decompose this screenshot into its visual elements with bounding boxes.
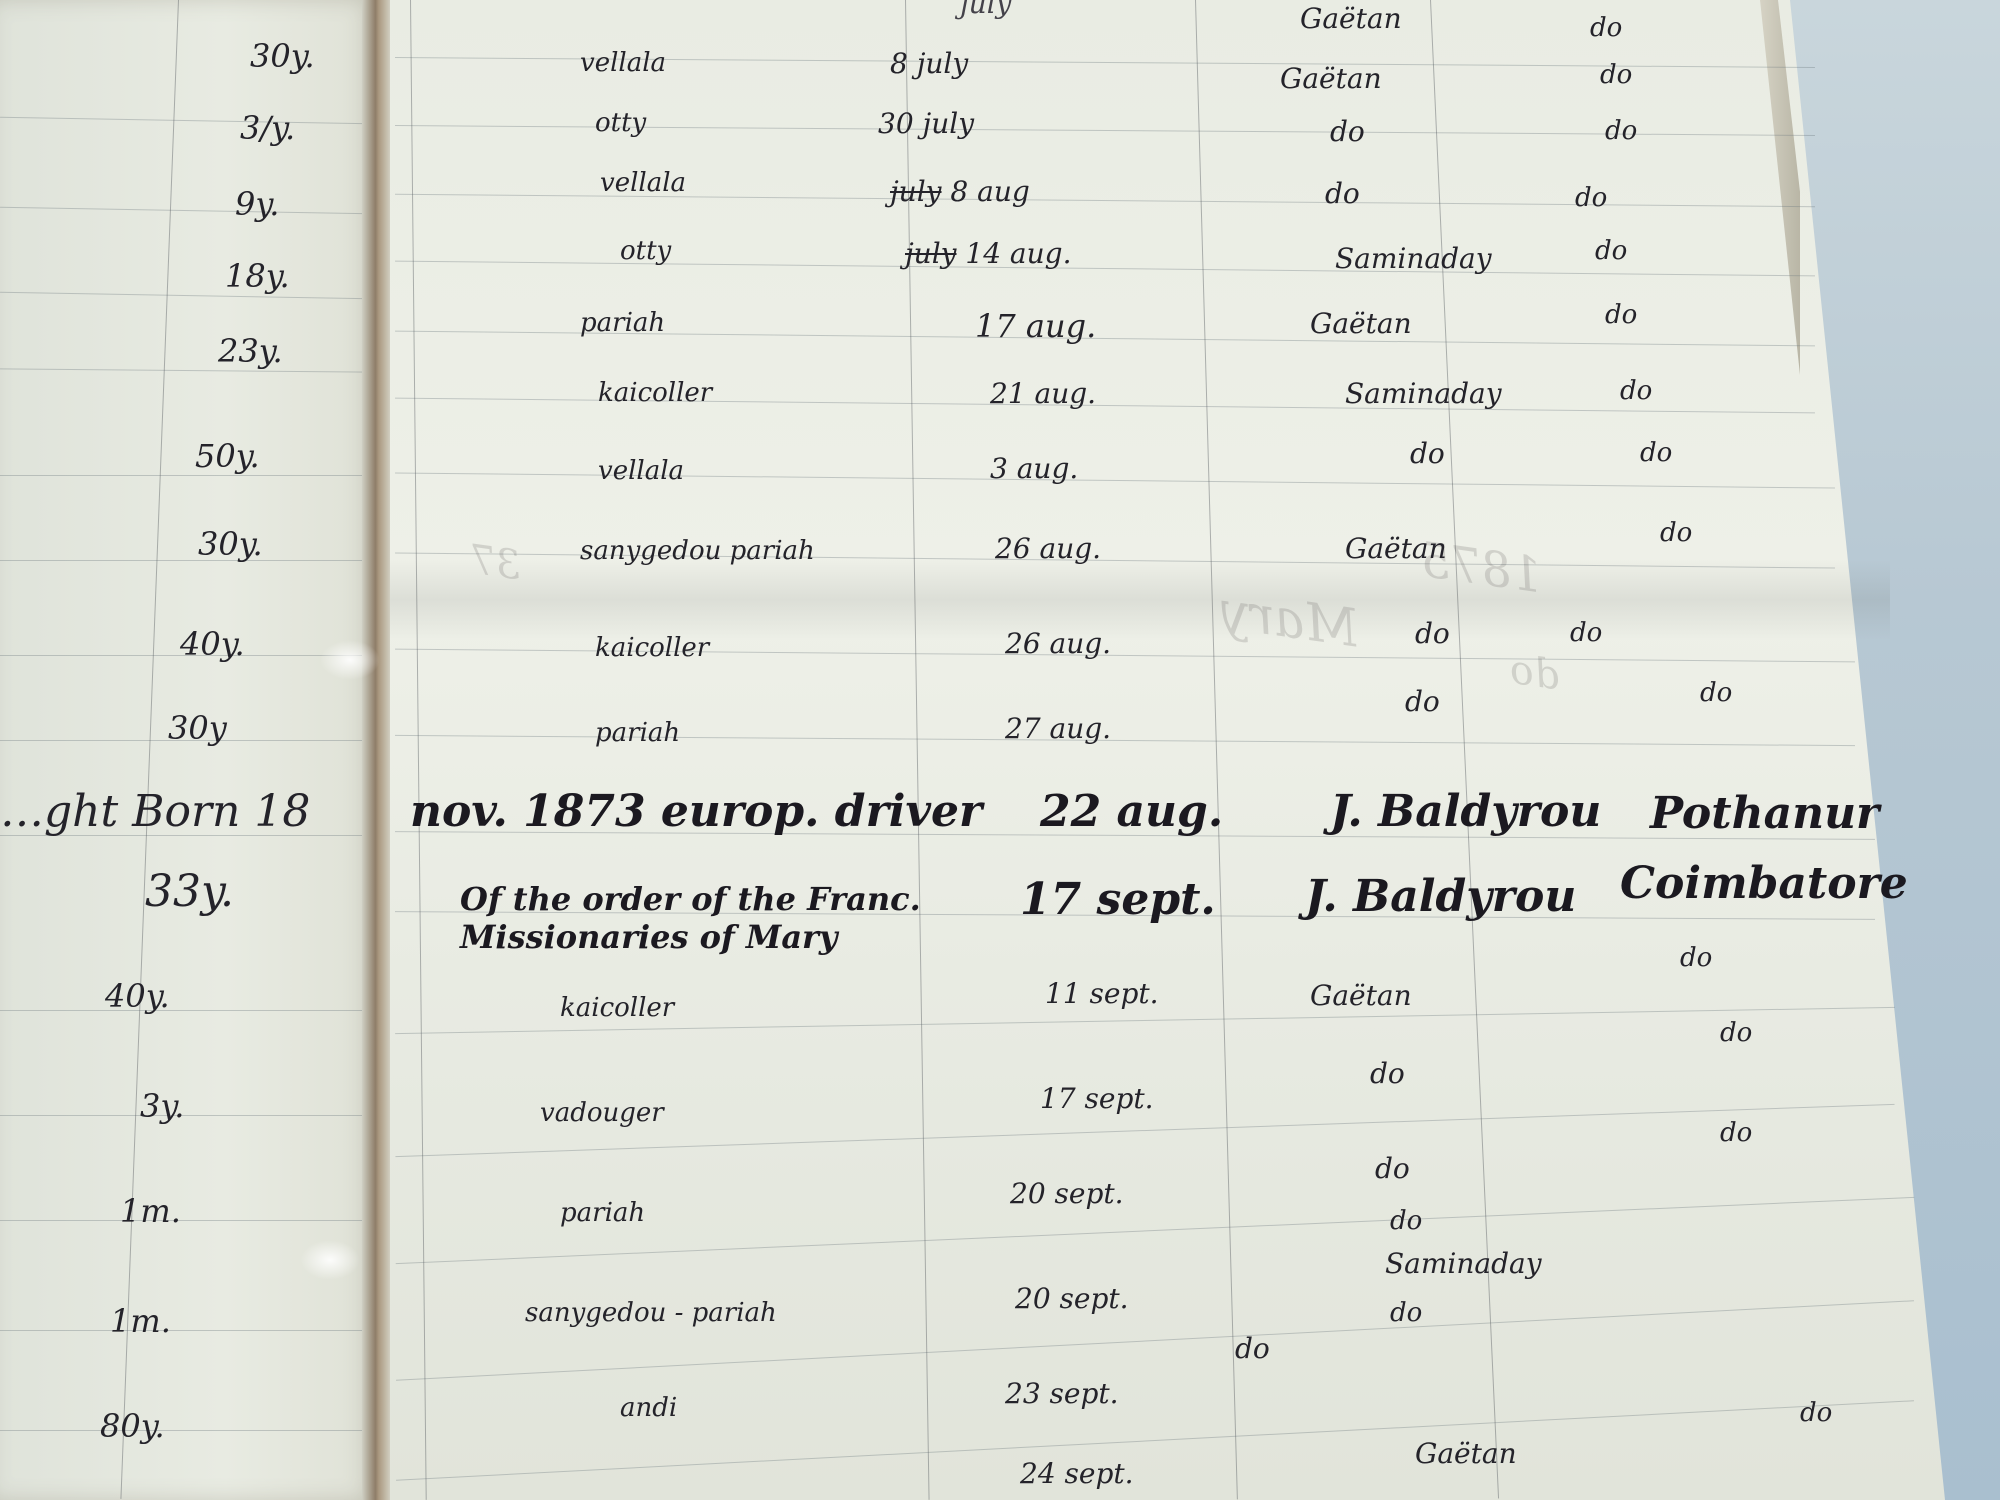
caste-entry: Of the order of the Franc. Missionaries …	[460, 880, 1000, 957]
ruled-line	[0, 1220, 370, 1221]
caste-entry: nov. 1873 europ. driver	[410, 790, 982, 834]
caste-entry: pariah	[580, 310, 665, 336]
page-fold	[320, 640, 380, 680]
caste-entry: sanygedou - pariah	[525, 1300, 777, 1326]
age-entry: 1m.	[120, 1195, 181, 1227]
ditto-mark: do	[1575, 185, 1607, 211]
priest-entry: do	[1325, 180, 1360, 208]
priest-entry: do	[1375, 1155, 1410, 1183]
age-entry: 18y.	[225, 260, 290, 292]
ditto-mark: do	[1595, 238, 1627, 264]
date-entry: 3 aug.	[990, 455, 1078, 483]
priest-entry: Gaëtan	[1345, 535, 1447, 563]
date-entry: 21 aug.	[990, 380, 1096, 408]
priest-entry: Saminaday	[1345, 380, 1502, 408]
ditto-mark: do	[1640, 440, 1672, 466]
ditto-mark: do	[1605, 302, 1637, 328]
priest-entry: do	[1370, 1060, 1405, 1088]
page-fold	[300, 1240, 360, 1280]
date-entry: 26 aug.	[995, 535, 1101, 563]
ditto-mark: do	[1720, 1020, 1752, 1046]
priest-entry: Saminaday	[1335, 245, 1492, 273]
corrected-date: 8 aug	[950, 175, 1029, 208]
priest-entry: J. Baldyrou	[1305, 875, 1576, 919]
priest-entry: Gaëtan	[1300, 5, 1402, 33]
ditto-mark: do	[1605, 118, 1637, 144]
date-entry: 17 aug.	[975, 310, 1096, 342]
age-entry: 33y.	[145, 870, 234, 914]
priest-entry: Gaëtan	[1280, 65, 1382, 93]
ditto-mark: do	[1680, 945, 1712, 971]
date-entry: 26 aug.	[1005, 630, 1111, 658]
caste-entry: vellala	[600, 170, 686, 196]
date-entry: 11 sept.	[1045, 980, 1159, 1008]
priest-entry: Saminaday	[1385, 1250, 1542, 1278]
caste-entry: kaicoller	[560, 995, 674, 1021]
priest-entry: do	[1405, 688, 1440, 716]
caste-entry: andi	[620, 1395, 677, 1421]
date-entry: 22 aug.	[1040, 790, 1223, 834]
age-entry: 9y.	[235, 188, 279, 220]
ditto-mark: do	[1600, 62, 1632, 88]
date-entry: 17 sept.	[1020, 878, 1216, 922]
date-entry: 24 sept.	[1020, 1460, 1134, 1488]
age-entry: 40y.	[105, 980, 170, 1012]
age-entry: 23y.	[218, 335, 283, 367]
age-entry: 80y.	[100, 1410, 165, 1442]
priest-entry: J. Baldyrou	[1330, 790, 1601, 834]
age-entry: 1m.	[110, 1305, 171, 1337]
priest-entry: Gaëtan	[1415, 1440, 1517, 1468]
caste-entry: pariah	[595, 720, 680, 746]
ditto-mark: do	[1390, 1300, 1422, 1326]
ruled-line	[0, 560, 370, 561]
caste-entry: otty	[620, 238, 671, 264]
caste-entry: vadouger	[540, 1100, 664, 1126]
caste-entry: pariah	[560, 1200, 645, 1226]
date-entry: 27 aug.	[1005, 715, 1111, 743]
struck-month: july	[890, 175, 942, 208]
right-page	[390, 0, 1950, 1500]
priest-entry: do	[1415, 620, 1450, 648]
book-gutter	[362, 0, 392, 1500]
date-entry: 23 sept.	[1005, 1380, 1119, 1408]
ruled-line	[0, 1430, 370, 1431]
corrected-date: 14 aug.	[965, 237, 1071, 270]
caste-entry: otty	[595, 110, 646, 136]
age-entry: 50y.	[195, 440, 260, 472]
place-entry: Pothanur	[1650, 792, 1879, 836]
ditto-mark: do	[1390, 1208, 1422, 1234]
priest-entry: do	[1235, 1335, 1270, 1363]
caste-entry: kaicoller	[598, 380, 712, 406]
caste-entry: kaicoller	[595, 635, 709, 661]
age-entry: 40y.	[180, 628, 245, 660]
priest-entry: Gaëtan	[1310, 310, 1412, 338]
struck-month: july	[905, 237, 957, 270]
ditto-mark: do	[1570, 620, 1602, 646]
priest-entry: do	[1410, 440, 1445, 468]
ditto-mark: do	[1660, 520, 1692, 546]
age-entry: 3/y.	[240, 112, 295, 144]
ditto-mark: do	[1800, 1400, 1832, 1426]
caste-entry: sanygedou pariah	[580, 538, 815, 564]
date-entry: july 8 aug	[890, 178, 1030, 206]
date-entry: 17 sept.	[1040, 1085, 1154, 1113]
bleed-through-text: do	[1507, 647, 1563, 699]
priest-entry: Gaëtan	[1310, 982, 1412, 1010]
ditto-mark: do	[1700, 680, 1732, 706]
age-entry: 30y.	[250, 40, 315, 72]
open-ledger: 37 Mary 1875 do 30y. 3/y. 9y. 18y. 23y. …	[0, 0, 1960, 1500]
ruled-line	[0, 475, 370, 476]
date-entry: 20 sept.	[1010, 1180, 1124, 1208]
caste-entry: vellala	[598, 458, 684, 484]
date-entry: july 14 aug.	[905, 240, 1072, 268]
place-entry: Coimbatore	[1620, 862, 1908, 906]
date-entry: 8 july	[890, 50, 968, 78]
date-entry: 20 sept.	[1015, 1285, 1129, 1313]
ditto-mark: do	[1620, 378, 1652, 404]
age-entry: 30y	[168, 712, 227, 744]
priest-entry: do	[1330, 118, 1365, 146]
date-entry: 30 july	[878, 110, 974, 138]
ruled-line	[0, 1330, 370, 1331]
margin-fragment: …ght Born 18	[0, 790, 310, 834]
age-entry: 30y.	[198, 528, 263, 560]
ruled-line	[0, 1115, 370, 1116]
page-curl-shadow	[390, 560, 1890, 640]
age-entry: 3y.	[140, 1090, 184, 1122]
date-entry: july	[960, 0, 1012, 18]
ruled-line	[0, 1010, 370, 1011]
ditto-mark: do	[1590, 15, 1622, 41]
ditto-mark: do	[1720, 1120, 1752, 1146]
caste-entry: vellala	[580, 50, 666, 76]
